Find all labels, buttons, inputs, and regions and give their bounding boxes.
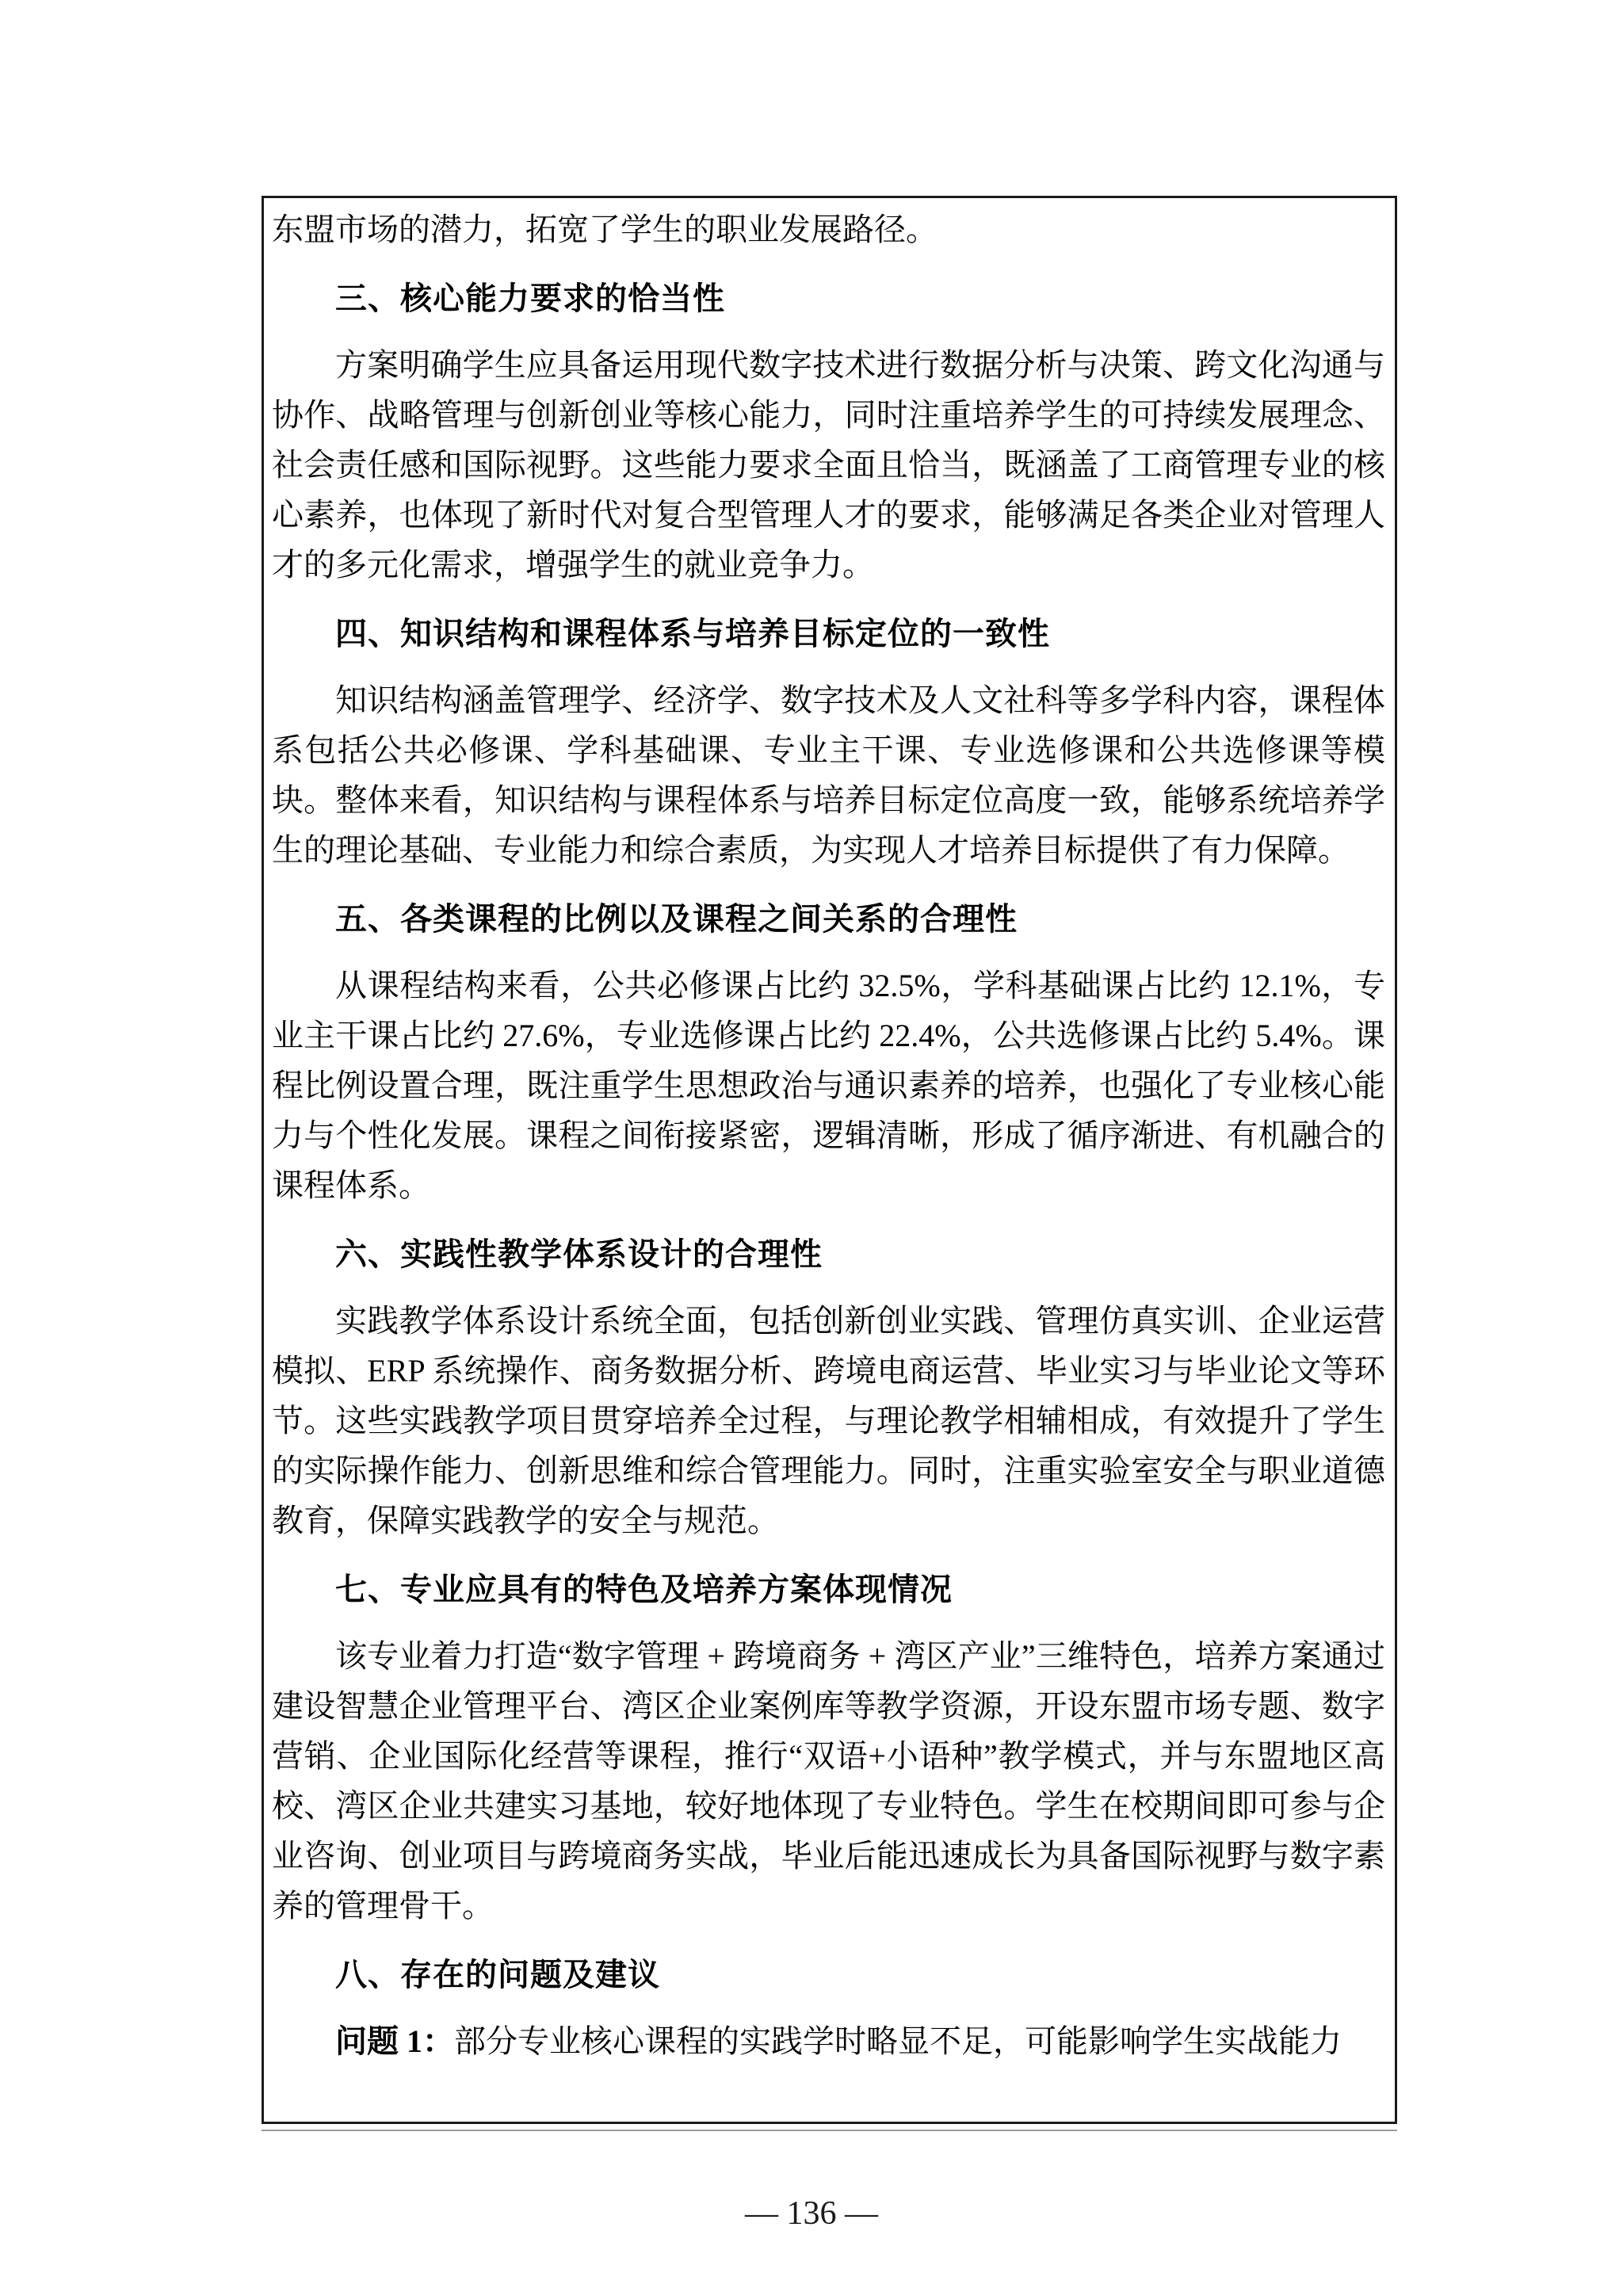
section-heading-6: 六、实践性教学体系设计的合理性 — [272, 1230, 1385, 1280]
section-heading-8: 八、存在的问题及建议 — [272, 1950, 1385, 2000]
section-paragraph-3: 方案明确学生应具备运用现代数字技术进行数据分析与决策、跨文化沟通与协作、战略管理… — [272, 340, 1385, 590]
section-heading-5: 五、各类课程的比例以及课程之间关系的合理性 — [272, 895, 1385, 945]
section-heading-4: 四、知识结构和课程体系与培养目标定位的一致性 — [272, 609, 1385, 659]
problem-1-label: 问题 1： — [335, 2023, 454, 2059]
section-heading-7: 七、专业应具有的特色及培养方案体现情况 — [272, 1565, 1385, 1615]
section-paragraph-7: 该专业着力打造“数字管理 + 跨境商务 + 湾区产业”三维特色，培养方案通过建设… — [272, 1631, 1385, 1931]
problem-1-text: 部分专业核心课程的实践学时略显不足，可能影响学生实战能力 — [454, 2023, 1342, 2059]
section-paragraph-6: 实践教学体系设计系统全面，包括创新创业实践、管理仿真实训、企业运营模拟、ERP … — [272, 1296, 1385, 1545]
section-heading-3: 三、核心能力要求的恰当性 — [272, 274, 1385, 324]
table-bottom-shadow-line — [262, 2130, 1397, 2131]
section-paragraph-5: 从课程结构来看，公共必修课占比约 32.5%，学科基础课占比约 12.1%，专业… — [272, 961, 1385, 1210]
review-content-cell: 东盟市场的潜力，拓宽了学生的职业发展路径。 三、核心能力要求的恰当性 方案明确学… — [262, 196, 1397, 2124]
document-page: 东盟市场的潜力，拓宽了学生的职业发展路径。 三、核心能力要求的恰当性 方案明确学… — [0, 0, 1623, 2296]
continued-paragraph: 东盟市场的潜力，拓宽了学生的职业发展路径。 — [272, 204, 1385, 254]
section-paragraph-4: 知识结构涵盖管理学、经济学、数字技术及人文社科等多学科内容，课程体系包括公共必修… — [272, 675, 1385, 875]
page-number: — 136 — — [0, 2194, 1623, 2233]
problem-1-paragraph: 问题 1：部分专业核心课程的实践学时略显不足，可能影响学生实战能力 — [272, 2016, 1385, 2066]
